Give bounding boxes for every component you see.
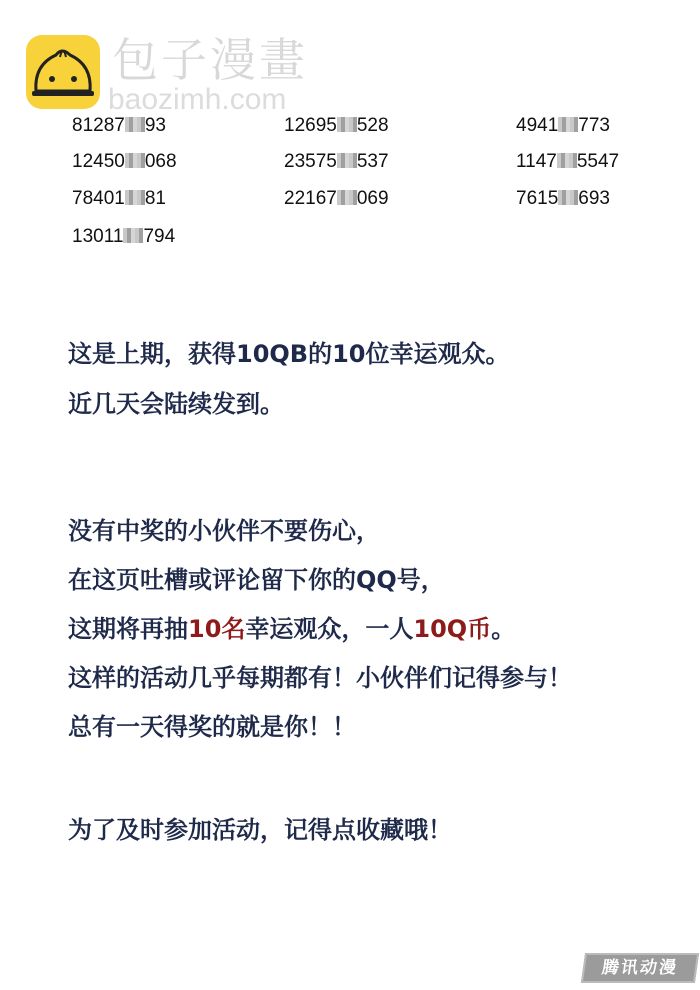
winner-id: 11475547 <box>516 150 619 174</box>
cta-line: 这样的活动几乎每期都有！小伙伴们记得参与！ <box>68 660 572 696</box>
winner-id: 7615693 <box>516 187 610 211</box>
redaction-mask <box>337 190 357 205</box>
brand-name: 包子漫畫 <box>112 34 308 86</box>
redaction-mask <box>125 153 145 168</box>
tencent-comic-watermark: 腾讯动漫 <box>581 953 699 983</box>
winner-id: 22167069 <box>284 187 389 211</box>
redaction-mask <box>337 153 357 168</box>
redaction-mask <box>557 153 577 168</box>
cta-line: 在这页吐槽或评论留下你的QQ号， <box>68 562 445 598</box>
redaction-mask <box>337 117 357 132</box>
winner-id: 13011794 <box>72 225 175 249</box>
winner-id: 12450068 <box>72 150 177 174</box>
winner-id: 4941773 <box>516 114 610 138</box>
winner-id: 12695528 <box>284 114 389 138</box>
winner-id: 7840181 <box>72 187 166 211</box>
announcement-line: 近几天会陆续发到。 <box>68 386 284 422</box>
cta-line: 为了及时参加活动，记得点收藏哦！ <box>68 812 452 848</box>
redaction-mask <box>558 190 578 205</box>
brand-url: baozimh.com <box>108 84 286 116</box>
winner-id: 23575537 <box>284 150 389 174</box>
highlight-prize: 10Q币 <box>413 615 491 643</box>
redaction-mask <box>125 117 145 132</box>
highlight-count: 10名 <box>188 615 245 643</box>
cta-line: 这期将再抽10名幸运观众，一人10Q币。 <box>68 611 515 647</box>
redaction-mask <box>125 190 145 205</box>
cta-line: 总有一天得奖的就是你！！ <box>68 709 356 745</box>
redaction-mask <box>123 228 143 243</box>
winner-id: 8128793 <box>72 114 166 138</box>
cta-line: 没有中奖的小伙伴不要伤心， <box>68 513 380 549</box>
redaction-mask <box>558 117 578 132</box>
steamed-bun-icon <box>26 35 100 109</box>
announcement-line: 这是上期，获得10QB的10位幸运观众。 <box>68 336 510 372</box>
